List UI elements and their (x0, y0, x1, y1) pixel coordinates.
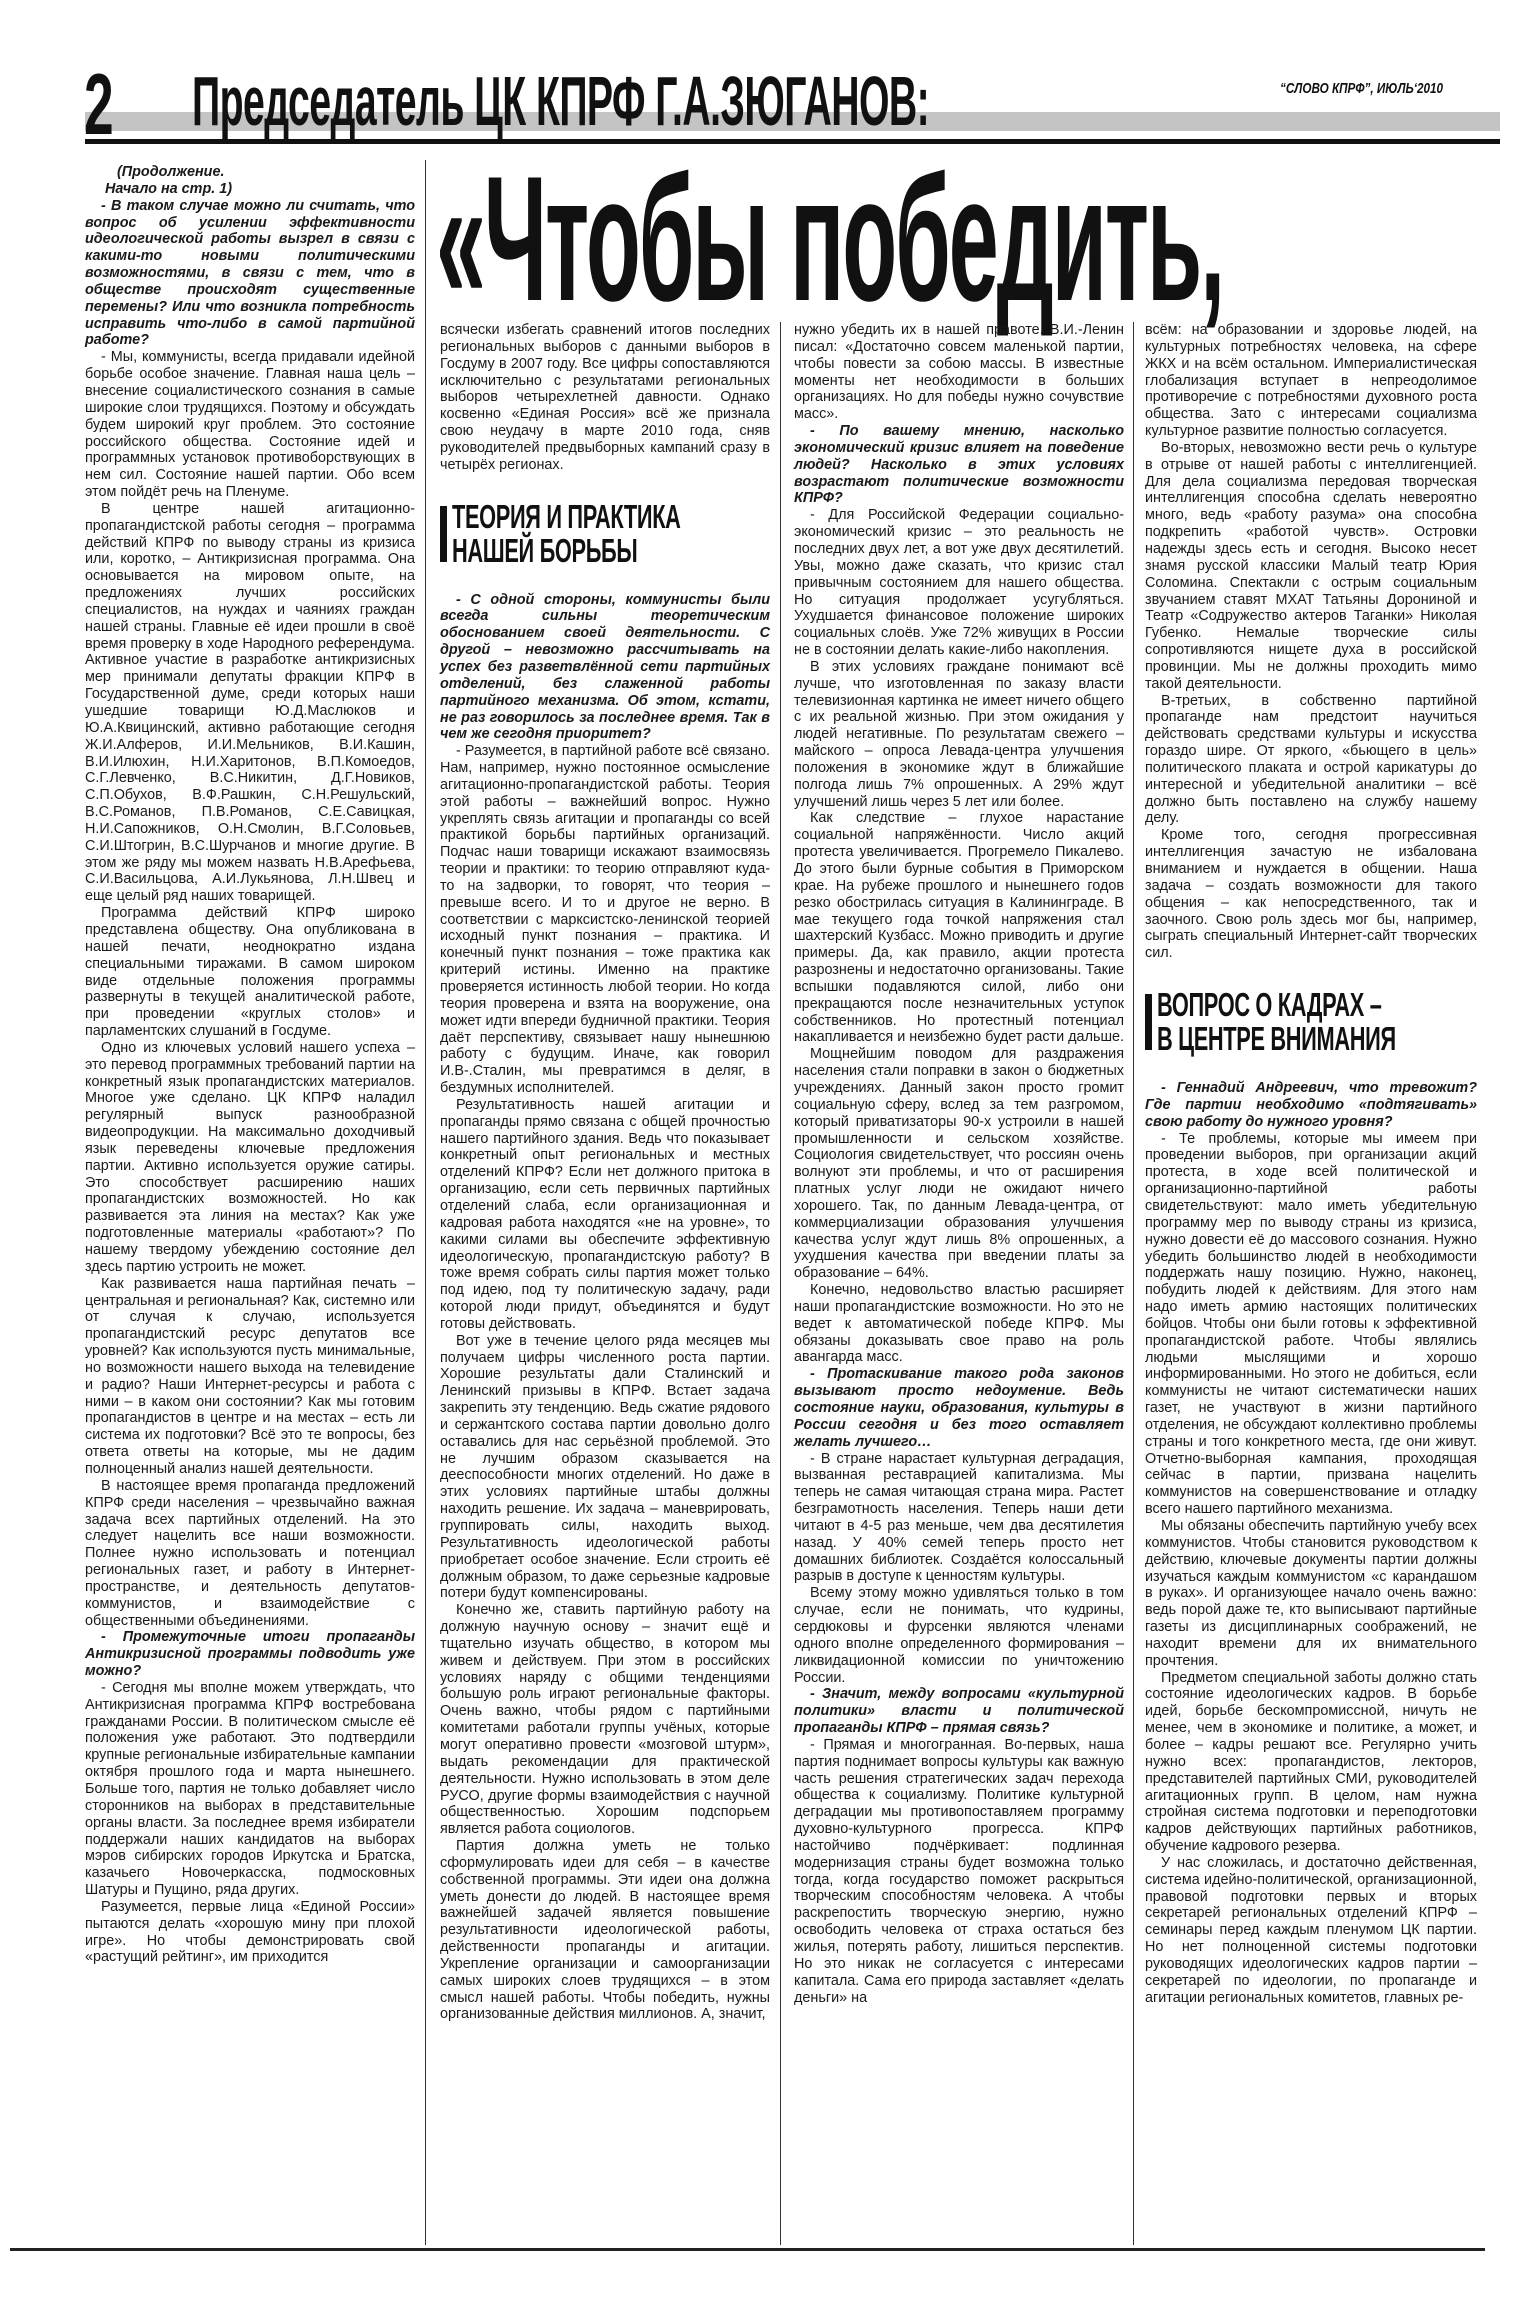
continuation-note: (Продолжение. Начало на стр. 1) (85, 164, 415, 198)
interview-question: - Геннадий Андреевич, что тревожит? Где … (1145, 1080, 1477, 1131)
section-subheading: ТЕОРИЯ И ПРАКТИКА НАШЕЙ БОРЬБЫ (440, 500, 770, 568)
body-paragraph: Результативность нашей агитации и пропаг… (440, 1097, 770, 1333)
body-paragraph: Конечно, недовольство властью расширяет … (794, 1282, 1124, 1366)
interview-question: - По вашему мнению, насколько экономичес… (794, 423, 1124, 507)
body-paragraph: Одно из ключевых условий нашего успеха –… (85, 1040, 415, 1276)
interview-answer: - Те проблемы, которые мы имеем при пров… (1145, 1131, 1477, 1518)
column-divider (425, 160, 426, 2245)
body-paragraph: всячески избегать сравнений итогов после… (440, 322, 770, 474)
body-paragraph: В-третьих, в собственно партийной пропаг… (1145, 693, 1477, 828)
body-paragraph: Всему этому можно удивляться только в то… (794, 1585, 1124, 1686)
publication-date: “СЛОВО КПРФ”, ИЮЛЬ‘2010 (1280, 80, 1443, 97)
subheading-bar (1145, 994, 1152, 1050)
body-paragraph: У нас сложилась, и достаточно действенна… (1145, 1855, 1477, 2007)
body-paragraph: В этих условиях граждане понимают всё лу… (794, 659, 1124, 811)
body-paragraph: Партия должна уметь не только сформулиро… (440, 1838, 770, 2023)
article-column-4: всём: на образовании и здоровье людей, н… (1145, 322, 1477, 2006)
interview-answer: - Прямая и многогранная. Во-первых, наша… (794, 1737, 1124, 2007)
interview-question: - Протаскивание такого рода законов вызы… (794, 1366, 1124, 1450)
body-paragraph: Мы обязаны обеспечить партийную учебу вс… (1145, 1518, 1477, 1670)
subheading-bar (440, 506, 447, 562)
page-title: Председатель ЦК КПРФ Г.А.ЗЮГАНОВ: (192, 66, 929, 136)
article-headline: «Чтобы победить, (436, 150, 1223, 328)
body-paragraph: всём: на образовании и здоровье людей, н… (1145, 322, 1477, 440)
body-paragraph: Как развивается наша партийная печать – … (85, 1276, 415, 1478)
section-subheading: ВОПРОС О КАДРАХ – В ЦЕНТРЕ ВНИМАНИЯ (1145, 988, 1477, 1056)
body-paragraph: Программа действий КПРФ широко представл… (85, 905, 415, 1040)
interview-question: - С одной стороны, коммунисты были всегд… (440, 592, 770, 744)
body-paragraph: Как следствие – глухое нарастание социал… (794, 810, 1124, 1046)
interview-question: - Значит, между вопросами «культурной по… (794, 1686, 1124, 1737)
interview-answer: - Сегодня мы вполне можем утверждать, чт… (85, 1680, 415, 1899)
article-column-2: всячески избегать сравнений итогов после… (440, 322, 770, 2023)
column-divider (780, 322, 781, 2245)
interview-answer: - Разумеется, в партийной работе всё свя… (440, 743, 770, 1097)
body-paragraph: Вот уже в течение целого ряда месяцев мы… (440, 1333, 770, 1603)
body-paragraph: Во-вторых, невозможно вести речь о культ… (1145, 440, 1477, 693)
article-column-3: нужно убедить их в нашей правоте. В.И.-Л… (794, 322, 1124, 2006)
page-number: 2 (84, 62, 112, 148)
body-paragraph: Предметом специальной заботы должно стат… (1145, 1670, 1477, 1855)
page-bottom-rule (10, 2248, 1485, 2251)
body-paragraph: Мощнейшим поводом для раздражения населе… (794, 1046, 1124, 1282)
interview-answer: - Для Российской Федерации социально-эко… (794, 507, 1124, 659)
body-paragraph: Кроме того, сегодня прогрессивная интелл… (1145, 827, 1477, 962)
body-paragraph: Разумеется, первые лица «Единой России» … (85, 1899, 415, 1966)
interview-answer: - Мы, коммунисты, всегда придавали идейн… (85, 349, 415, 501)
interview-answer: - В стране нарастает культурная деградац… (794, 1451, 1124, 1586)
body-paragraph: Конечно же, ставить партийную работу на … (440, 1602, 770, 1838)
body-paragraph: нужно убедить их в нашей правоте. В.И.-Л… (794, 322, 1124, 423)
interview-question: - Промежуточные итоги пропаганды Антикри… (85, 1629, 415, 1680)
body-paragraph: В настоящее время пропаганда предложений… (85, 1478, 415, 1630)
column-divider (1133, 322, 1134, 2245)
interview-question: - В таком случае можно ли считать, что в… (85, 198, 415, 350)
body-paragraph: В центре нашей агитационно-пропагандистс… (85, 501, 415, 905)
article-column-1: (Продолжение. Начало на стр. 1) - В тако… (85, 164, 415, 1966)
